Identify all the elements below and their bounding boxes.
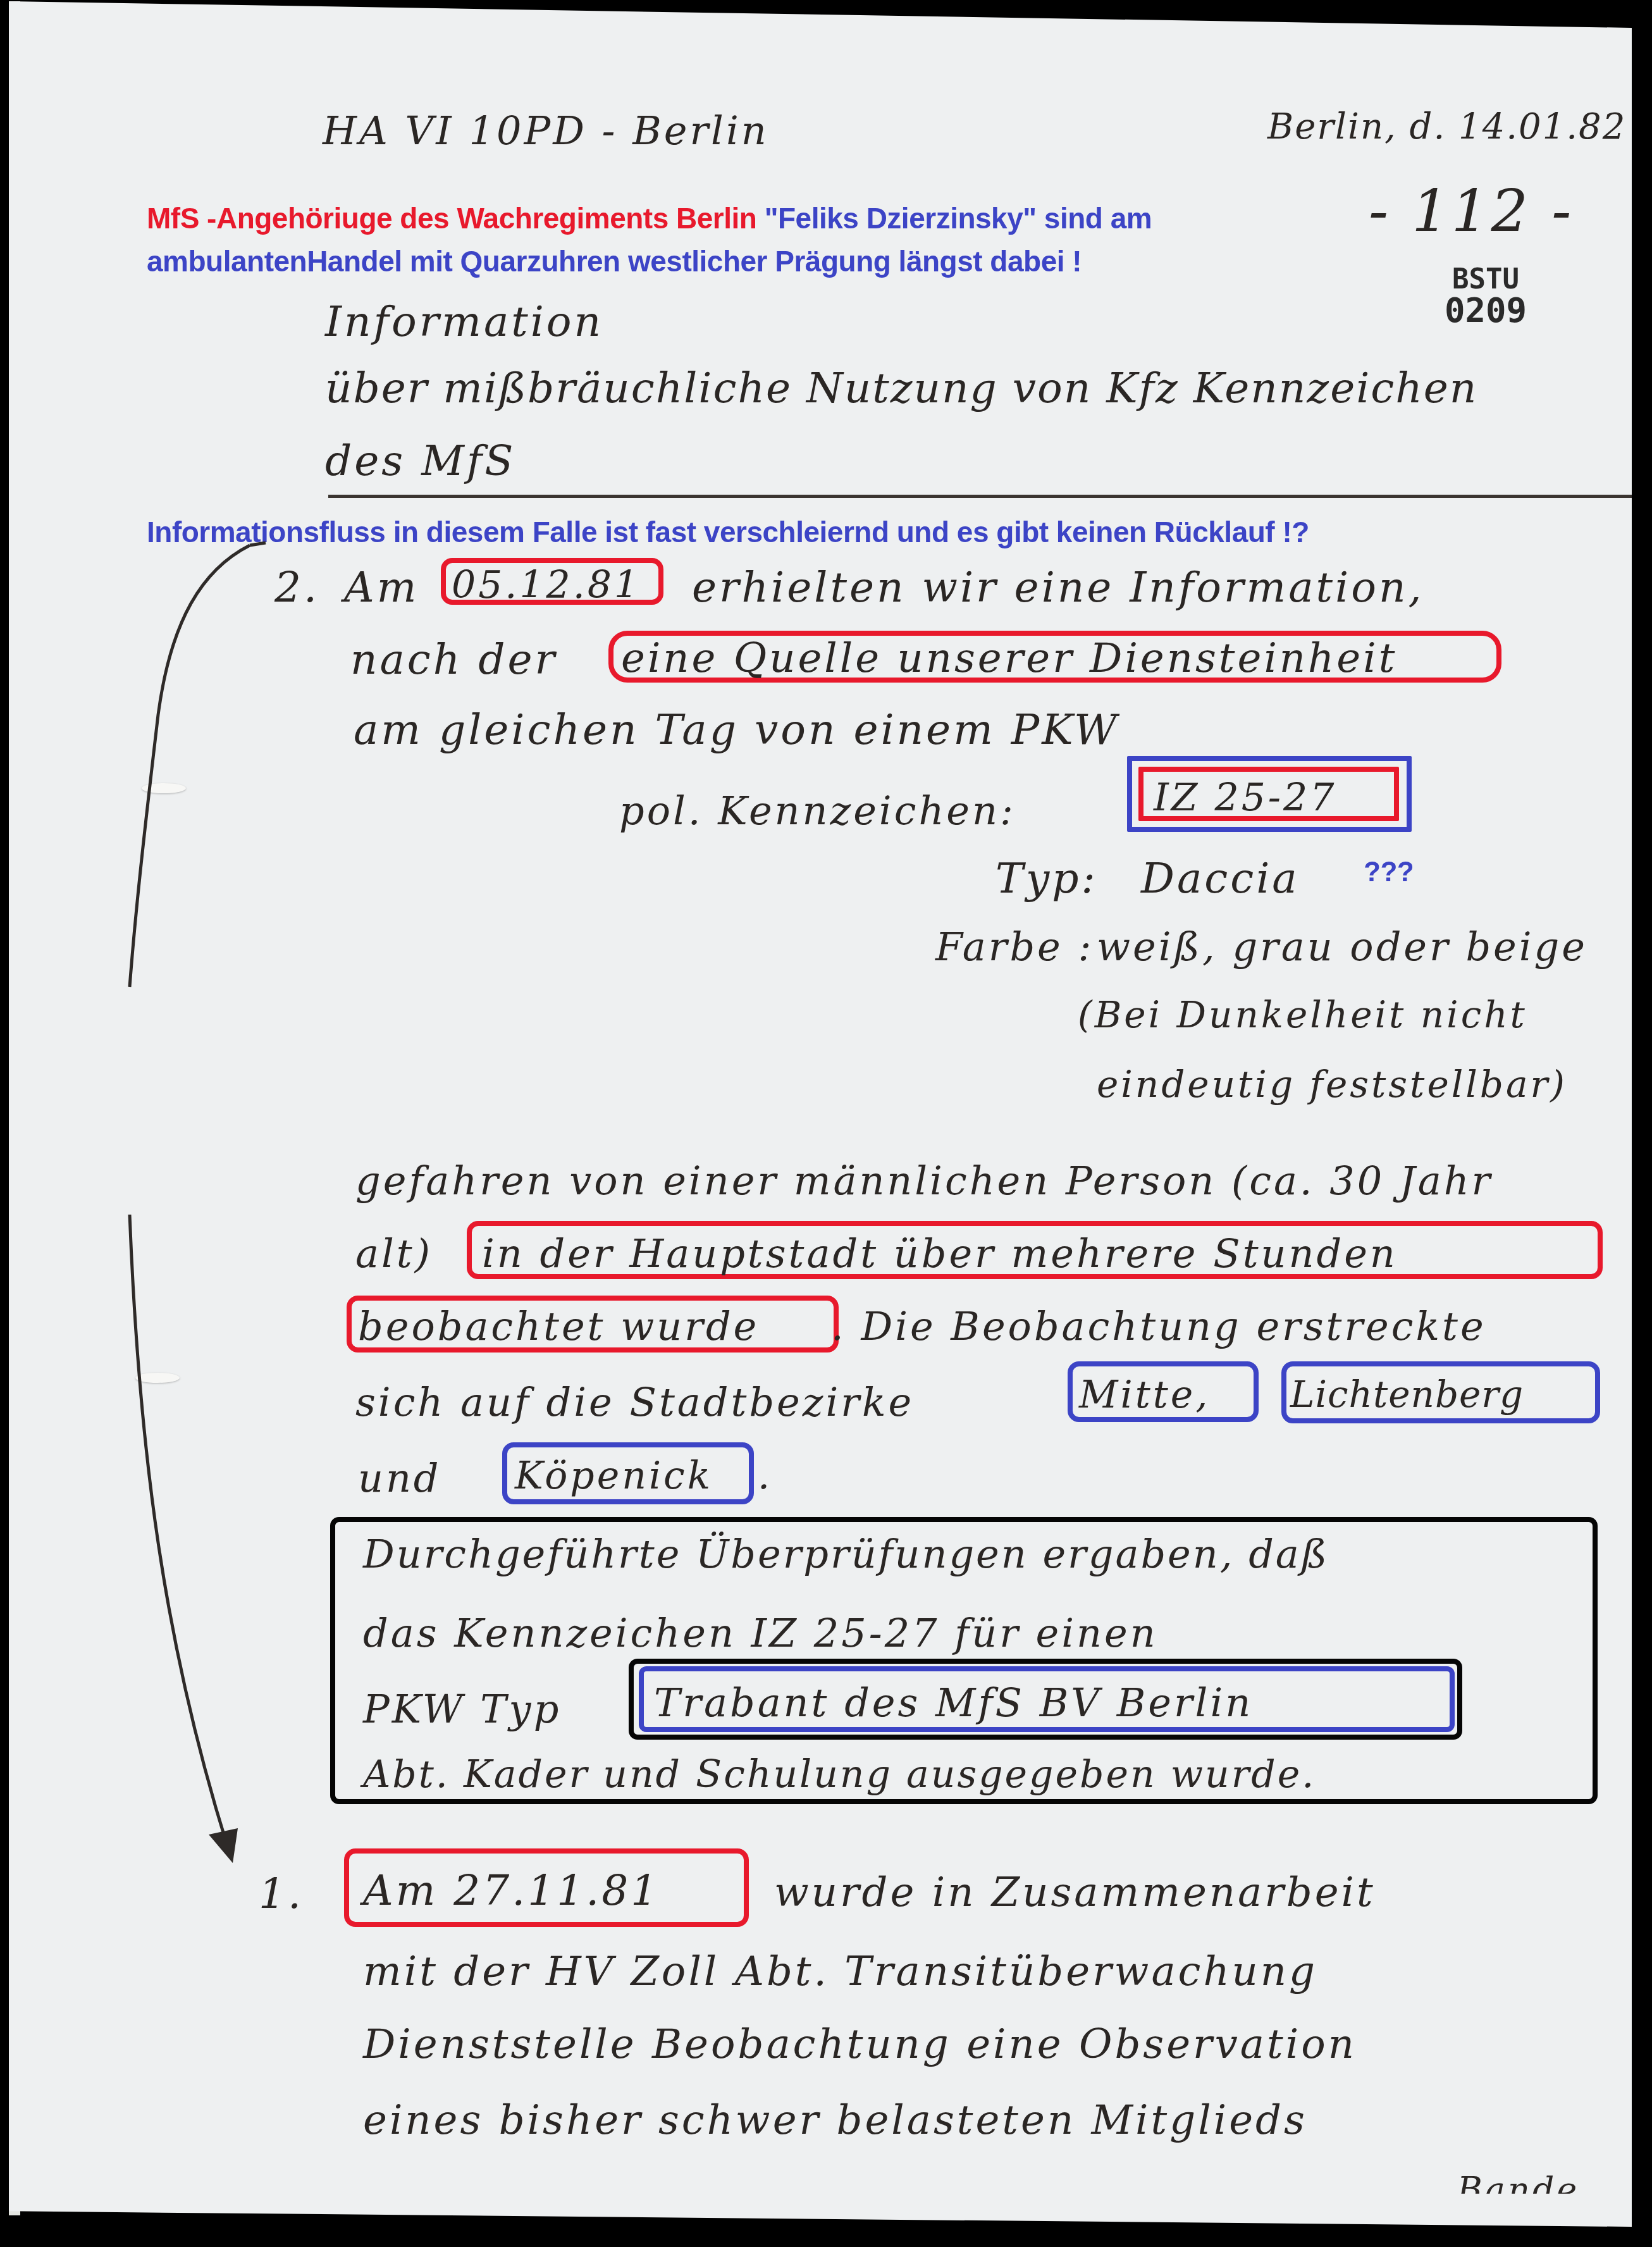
district-lichtenberg: Lichtenberg [1290, 1373, 1524, 1416]
section2-number: 2. [274, 563, 319, 612]
alt-text: alt) [355, 1230, 433, 1277]
place-date: Berlin, d. 14.01.82 [1267, 106, 1626, 147]
plate-label: pol. Kennzeichen: [619, 788, 1016, 834]
type-label: Typ: [996, 854, 1098, 903]
archive-stamp: BSTU 0209 [1432, 266, 1539, 328]
district-koepenick: Köpenick [515, 1454, 713, 1498]
section2-line2-start: nach der [350, 635, 557, 684]
title-line3: des MfS [325, 436, 515, 485]
annotation-top-line1: MfS -Angehöriuge des Wachregiments Berli… [147, 201, 1152, 235]
archive-stamp-number: 0209 [1432, 294, 1539, 328]
section1-line4: eines bisher schwer belasteten Mitglieds [363, 2097, 1307, 2144]
color-label: Farbe : [935, 924, 1094, 970]
scanned-document-page: HA VI 10PD - Berlin Berlin, d. 14.01.82 … [9, 0, 1632, 2227]
section1-line3: Dienststelle Beobachtung eine Observatio… [363, 2021, 1357, 2068]
section1-date: Am 27.11.81 [363, 1866, 660, 1915]
annotation-information-flow: Informationsfluss in diesem Falle ist fa… [147, 515, 1309, 549]
district-period: . [758, 1454, 772, 1498]
result-line3-start: PKW Typ [363, 1686, 561, 1732]
type-value: Daccia [1141, 854, 1300, 903]
result-line2: das Kennzeichen IZ 25-27 für einen [363, 1610, 1158, 1656]
annotation-question-marks: ??? [1364, 857, 1414, 888]
annotation-top-line2: ambulantenHandel mit Quarzuhren westlich… [147, 244, 1082, 278]
title-line1: Information [325, 297, 603, 346]
section2-intro: Am [344, 563, 419, 612]
section2-date: 05.12.81 [452, 563, 641, 607]
district-mitte: Mitte, [1079, 1373, 1210, 1417]
annotation-blue-text: "Feliks Dzierzinsky" sind am [765, 202, 1152, 235]
note-line1: (Bei Dunkelheit nicht [1078, 993, 1527, 1036]
section1-number: 1. [259, 1869, 304, 1918]
result-line1: Durchgeführte Überprüfungen ergaben, daß [363, 1531, 1329, 1577]
title-underline [328, 495, 1637, 498]
plate-value: IZ 25-27 [1154, 776, 1336, 820]
observation-rest: . Die Beobachtung erstreckte [831, 1303, 1486, 1349]
result-line3-highlight: Trabant des MfS BV Berlin [654, 1680, 1253, 1726]
page-number: - 112 - [1369, 177, 1574, 245]
section2-line2-highlight: eine Quelle unserer Diensteinheit [621, 635, 1397, 682]
districts-intro: sich auf die Stadtbezirke [355, 1379, 914, 1425]
section1-line5-partial: Bande [1457, 2170, 1579, 2210]
punch-hole-upper [142, 783, 186, 793]
note-line2: eindeutig feststellbar) [1097, 1063, 1567, 1106]
section1-line2: mit der HV Zoll Abt. Transitüberwachung [363, 1948, 1317, 1995]
archive-stamp-label: BSTU [1432, 266, 1539, 294]
punch-hole-lower [135, 1373, 180, 1383]
and-text: und [358, 1455, 441, 1501]
result-line4: Abt. Kader und Schulung ausgegeben wurde… [363, 1752, 1316, 1797]
observed-highlight-text: beobachtet wurde [358, 1303, 759, 1349]
title-line2: über mißbräuchliche Nutzung von Kfz Kenn… [325, 364, 1477, 412]
annotation-red-text: MfS -Angehöriuge des Wachregiments Berli… [147, 202, 756, 235]
capital-highlight-text: in der Hauptstadt über mehrere Stunden [482, 1230, 1398, 1277]
section2-line1-rest: erhielten wir eine Information, [692, 563, 1424, 612]
section1-line1-rest: wurde in Zusammenarbeit [774, 1869, 1376, 1916]
color-value: weiß, grau oder beige [1097, 924, 1587, 970]
department-header: HA VI 10PD - Berlin [323, 108, 769, 154]
driven-by-line: gefahren von einer männlichen Person (ca… [355, 1158, 1493, 1204]
section2-line3: am gleichen Tag von einem PKW [354, 705, 1119, 754]
